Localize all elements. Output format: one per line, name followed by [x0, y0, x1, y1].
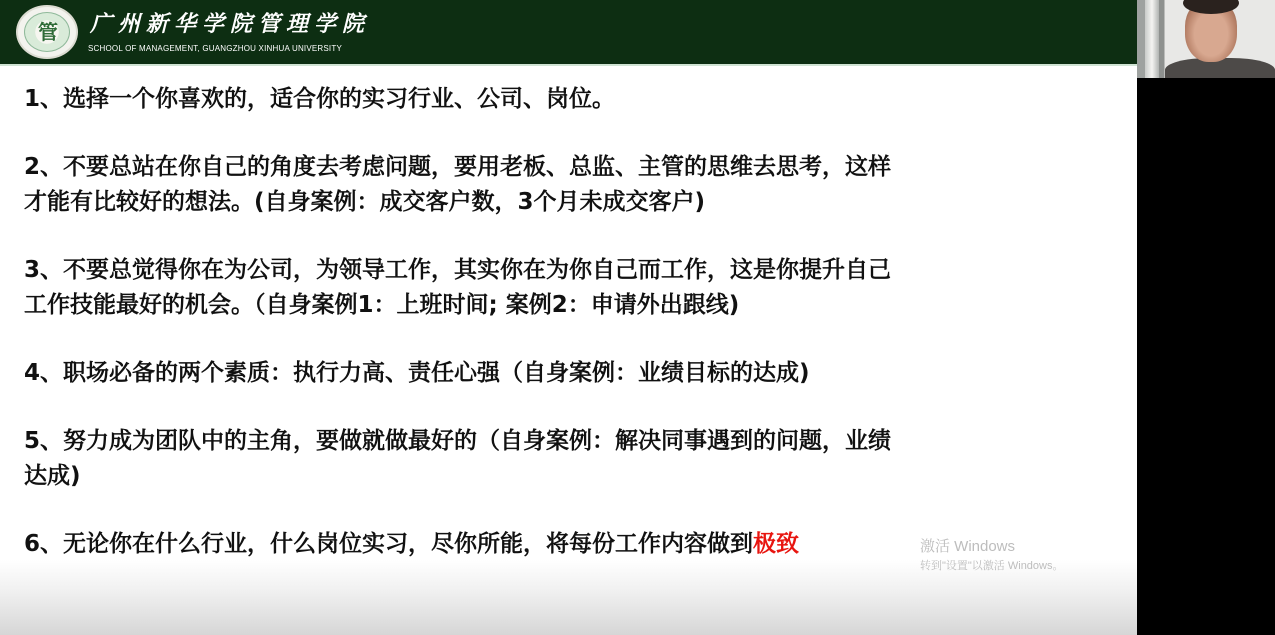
university-logo-icon: 管 — [16, 5, 78, 59]
school-name-cn: 广州新华学院管理学院 — [90, 10, 370, 38]
point-2: 2、不要总站在你自己的角度去考虑问题，要用老板、总监、主管的思维去思考，这样 才… — [24, 150, 1114, 220]
logo-emblem-icon: 管 — [24, 12, 70, 52]
school-name-en: SCHOOL OF MANAGEMENT, GUANGZHOU XINHUA U… — [88, 44, 342, 53]
point-6-text: 6、无论你在什么行业，什么岗位实习，尽你所能，将每份工作内容做到 — [24, 531, 753, 557]
logo-glyph: 管 — [25, 21, 71, 43]
watermark-title: 激活 Windows — [920, 538, 1064, 556]
windows-activation-watermark: 激活 Windows 转到"设置"以激活 Windows。 — [920, 538, 1064, 573]
point-5: 5、努力成为团队中的主角，要做就做最好的（自身案例：解决同事遇到的问题，业绩 达… — [24, 424, 1114, 494]
slide-header-banner: 管 广州新华学院管理学院 SCHOOL OF MANAGEMENT, GUANG… — [0, 0, 1137, 66]
slide-content: 1、选择一个你喜欢的，适合你的实习行业、公司、岗位。 2、不要总站在你自己的角度… — [24, 82, 1114, 562]
presenter-shoulders — [1165, 58, 1275, 78]
point-6-highlight: 极致 — [753, 531, 799, 557]
background-window-frame — [1145, 0, 1159, 78]
point-4: 4、职场必备的两个素质：执行力高、责任心强（自身案例：业绩目标的达成) — [24, 356, 1114, 391]
point-3: 3、不要总觉得你在为公司，为领导工作，其实你在为你自己而工作，这是你提升自己 工… — [24, 253, 1114, 323]
point-1: 1、选择一个你喜欢的，适合你的实习行业、公司、岗位。 — [24, 82, 1114, 117]
presentation-slide: 管 广州新华学院管理学院 SCHOOL OF MANAGEMENT, GUANG… — [0, 0, 1137, 635]
watermark-subtitle: 转到"设置"以激活 Windows。 — [920, 559, 1064, 573]
presenter-webcam-feed[interactable] — [1137, 0, 1275, 78]
